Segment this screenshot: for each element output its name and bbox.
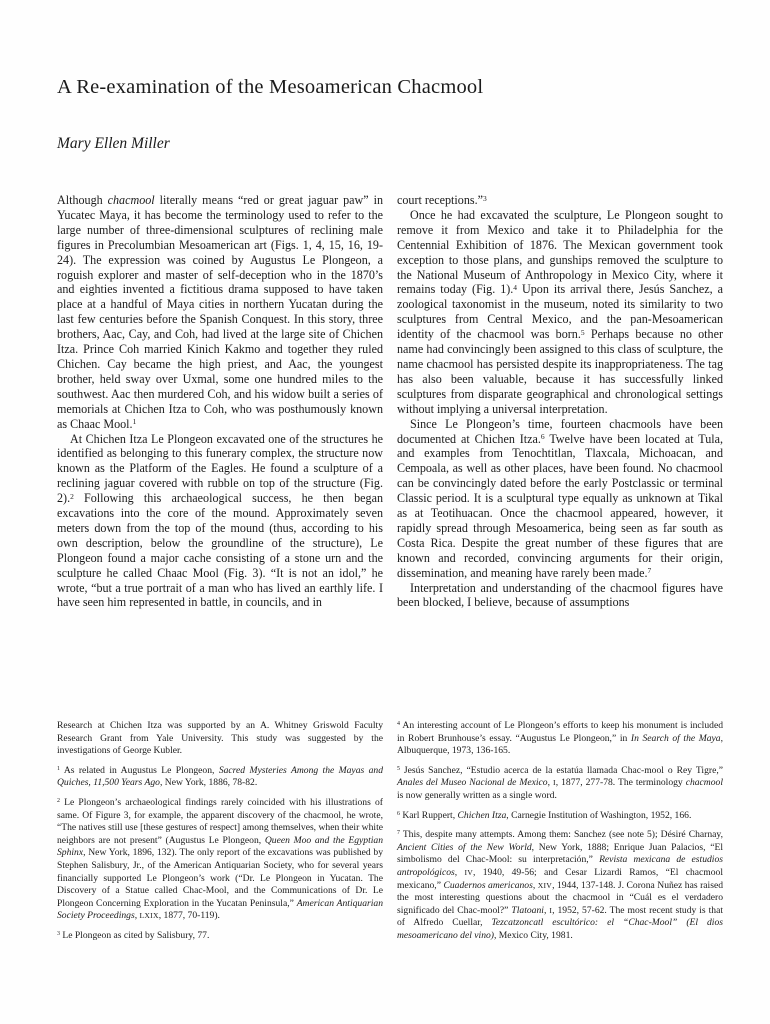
footnotes-section: Research at Chichen Itza was supported b… bbox=[57, 720, 723, 943]
article-page: A Re-examination of the Mesoamerican Cha… bbox=[0, 0, 770, 1024]
article-title: A Re-examination of the Mesoamerican Cha… bbox=[57, 76, 483, 99]
footnote-2: 2 Le Plongeon’s archaeological findings … bbox=[57, 797, 383, 923]
body-paragraph: Once he had excavated the sculpture, Le … bbox=[397, 208, 723, 417]
footnotes-column-right: 4 An interesting account of Le Plongeon’… bbox=[397, 720, 723, 943]
footnote-6: 6 Karl Ruppert, Chichen Itza, Carnegie I… bbox=[397, 810, 723, 823]
body-column-left: Although chacmool literally means “red o… bbox=[57, 193, 383, 610]
footnote-7: 7 This, despite many attempts. Among the… bbox=[397, 829, 723, 942]
body-paragraph: Interpretation and understanding of the … bbox=[397, 581, 723, 611]
footnote-5: 5 Jesús Sanchez, “Estudio acerca de la e… bbox=[397, 765, 723, 803]
footnote-1: 1 As related in Augustus Le Plongeon, Sa… bbox=[57, 765, 383, 790]
body-paragraph: court receptions.”3 bbox=[397, 193, 723, 208]
article-author: Mary Ellen Miller bbox=[57, 135, 170, 153]
footnote-3: 3 Le Plongeon as cited by Salisbury, 77. bbox=[57, 930, 383, 943]
footnotes-column-left: Research at Chichen Itza was supported b… bbox=[57, 720, 383, 943]
body-paragraph: Although chacmool literally means “red o… bbox=[57, 193, 383, 432]
footnote-4: 4 An interesting account of Le Plongeon’… bbox=[397, 720, 723, 758]
acknowledgment-note: Research at Chichen Itza was supported b… bbox=[57, 720, 383, 758]
article-body: Although chacmool literally means “red o… bbox=[57, 193, 723, 610]
body-paragraph: Since Le Plongeon’s time, fourteen chacm… bbox=[397, 417, 723, 581]
body-paragraph: At Chichen Itza Le Plongeon excavated on… bbox=[57, 432, 383, 611]
body-column-right: court receptions.”3 Once he had excavate… bbox=[397, 193, 723, 610]
